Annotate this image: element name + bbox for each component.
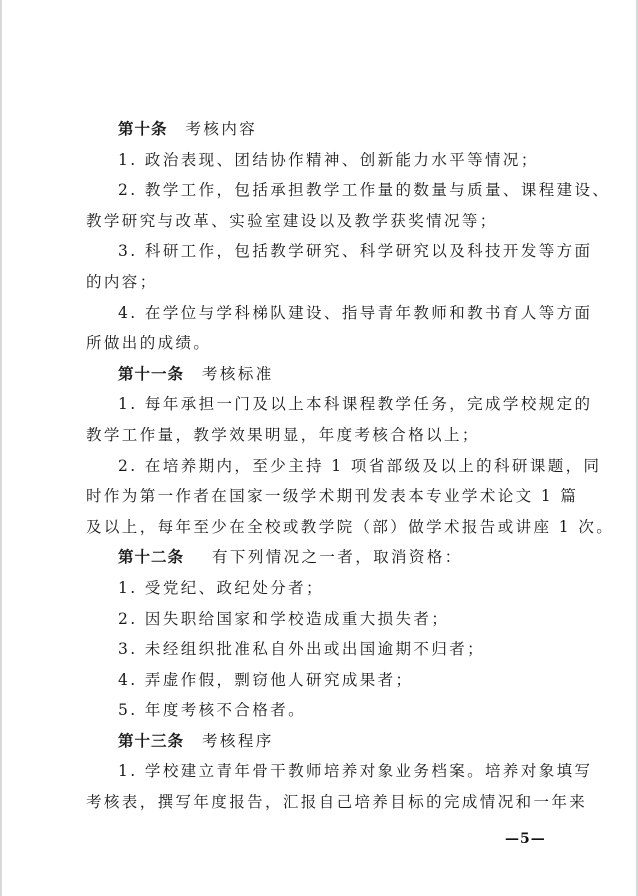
paragraph-line: 4. 在学位与学科梯队建设、指导青年教师和教书育人等方面 bbox=[86, 298, 556, 329]
paragraph-line: 1. 政治表现、团结协作精神、创新能力水平等情况； bbox=[86, 145, 556, 176]
paragraph-line: 时作为第一作者在国家一级学术期刊发表本专业学术论文 1 篇 bbox=[86, 481, 556, 512]
paragraph-line: 所做出的成绩。 bbox=[86, 328, 556, 359]
page-number: —5— bbox=[505, 831, 546, 847]
article-heading: 第十三条考核程序 bbox=[86, 726, 556, 757]
article-13: 第十三条考核程序 1. 学校建立青年骨干教师培养对象业务档案。培养对象填写 考核… bbox=[86, 726, 556, 818]
paragraph-line: 2. 因失职给国家和学校造成重大损失者； bbox=[86, 604, 556, 635]
paragraph-line: 4. 弄虚作假，剽窃他人研究成果者； bbox=[86, 665, 556, 696]
paragraph-line: 及以上，每年至少在全校或教学院（部）做学术报告或讲座 1 次。 bbox=[86, 512, 556, 543]
article-12: 第十二条有下列情况之一者，取消资格： 1. 受党纪、政纪处分者； 2. 因失职给… bbox=[86, 542, 556, 726]
article-title: 有下列情况之一者，取消资格： bbox=[212, 548, 463, 566]
article-10: 第十条考核内容 1. 政治表现、团结协作精神、创新能力水平等情况； 2. 教学工… bbox=[86, 114, 556, 359]
article-heading: 第十条考核内容 bbox=[86, 114, 556, 145]
article-heading: 第十二条有下列情况之一者，取消资格： bbox=[86, 542, 556, 573]
paragraph-line: 1. 学校建立青年骨干教师培养对象业务档案。培养对象填写 bbox=[86, 756, 556, 787]
article-11: 第十一条考核标准 1. 每年承担一门及以上本科课程教学任务，完成学校规定的 教学… bbox=[86, 359, 556, 543]
paragraph-line: 1. 受党纪、政纪处分者； bbox=[86, 573, 556, 604]
document-body: 第十条考核内容 1. 政治表现、团结协作精神、创新能力水平等情况； 2. 教学工… bbox=[86, 114, 556, 818]
article-heading: 第十一条考核标准 bbox=[86, 359, 556, 390]
article-title: 考核标准 bbox=[202, 365, 274, 383]
article-number: 第十三条 bbox=[118, 731, 184, 750]
article-number: 第十二条 bbox=[118, 547, 184, 566]
paragraph-line: 2. 教学工作，包括承担教学工作量的数量与质量、课程建设、 bbox=[86, 175, 556, 206]
paragraph-line: 5. 年度考核不合格者。 bbox=[86, 695, 556, 726]
document-page: 第十条考核内容 1. 政治表现、团结协作精神、创新能力水平等情况； 2. 教学工… bbox=[0, 0, 638, 896]
paragraph-line: 1. 每年承担一门及以上本科课程教学任务，完成学校规定的 bbox=[86, 389, 556, 420]
page-edge-left bbox=[0, 0, 2, 896]
article-number: 第十一条 bbox=[118, 364, 184, 383]
article-number: 第十条 bbox=[118, 119, 168, 138]
paragraph-line: 2. 在培养期内，至少主持 1 项省部级及以上的科研课题，同 bbox=[86, 451, 556, 482]
article-title: 考核程序 bbox=[202, 732, 274, 750]
paragraph-line: 教学工作量，教学效果明显，年度考核合格以上； bbox=[86, 420, 556, 451]
paragraph-line: 3. 未经组织批准私自外出或出国逾期不归者； bbox=[86, 634, 556, 665]
paragraph-line: 的内容； bbox=[86, 267, 556, 298]
paragraph-line: 考核表，撰写年度报告，汇报自己培养目标的完成情况和一年来 bbox=[86, 787, 556, 818]
paragraph-line: 教学研究与改革、实验室建设以及教学获奖情况等； bbox=[86, 206, 556, 237]
article-title: 考核内容 bbox=[186, 120, 258, 138]
paragraph-line: 3. 科研工作，包括教学研究、科学研究以及科技开发等方面 bbox=[86, 236, 556, 267]
